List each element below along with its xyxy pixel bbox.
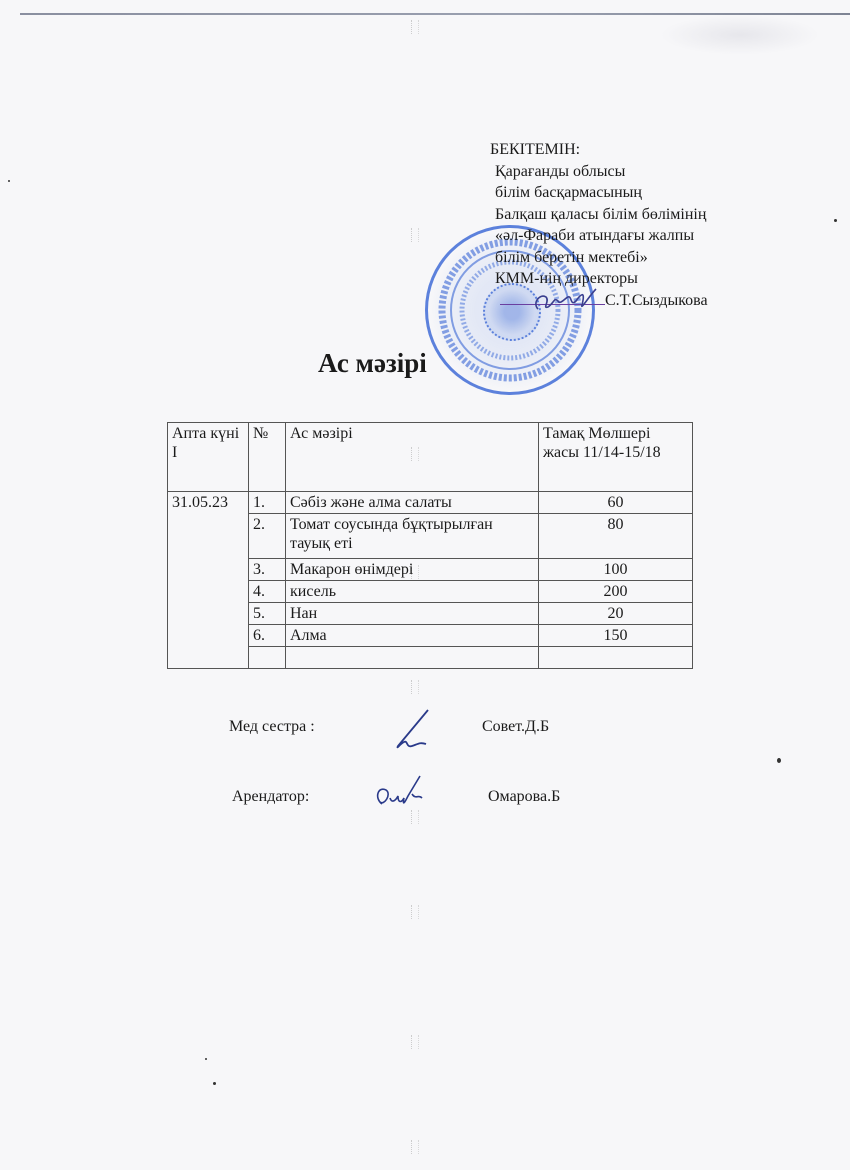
tenant-signature bbox=[372, 774, 432, 814]
header-dish: Ас мәзірі bbox=[286, 423, 539, 492]
row-qty bbox=[539, 647, 693, 669]
ink-speck bbox=[213, 1082, 216, 1085]
table-row: 31.05.23 1. Сәбіз және алма салаты 60 bbox=[168, 492, 693, 514]
scan-shadow bbox=[660, 15, 820, 55]
row-num: 2. bbox=[249, 514, 286, 559]
approval-line: білім басқармасының bbox=[495, 182, 708, 204]
header-day: Апта күні І bbox=[168, 423, 249, 492]
row-qty: 60 bbox=[539, 492, 693, 514]
ink-speck bbox=[205, 1058, 207, 1060]
row-qty: 20 bbox=[539, 603, 693, 625]
signatory-name: С.Т.Сыздыкова bbox=[605, 292, 708, 309]
row-num: 4. bbox=[249, 581, 286, 603]
fold-mark bbox=[411, 1140, 419, 1154]
tenant-name: Омарова.Б bbox=[488, 788, 560, 806]
ink-speck bbox=[834, 219, 837, 222]
header-num: № bbox=[249, 423, 286, 492]
fold-mark bbox=[411, 228, 419, 242]
row-dish: Томат соусында бұқтырылған тауық еті bbox=[286, 514, 539, 559]
row-num: 6. bbox=[249, 625, 286, 647]
tenant-label: Арендатор: bbox=[232, 788, 309, 806]
row-num bbox=[249, 647, 286, 669]
approval-heading: БЕКІТЕМІН: bbox=[490, 139, 708, 161]
date-cell: 31.05.23 bbox=[168, 492, 249, 669]
row-dish: Нан bbox=[286, 603, 539, 625]
nurse-signature bbox=[390, 706, 438, 754]
row-dish: Сәбіз және алма салаты bbox=[286, 492, 539, 514]
approval-line: Қарағанды облысы bbox=[495, 161, 708, 183]
nurse-label: Мед сестра : bbox=[229, 718, 315, 736]
approval-line: білім беретін мектебі» bbox=[495, 247, 708, 269]
fold-mark bbox=[411, 680, 419, 694]
row-qty: 100 bbox=[539, 559, 693, 581]
ink-speck bbox=[777, 758, 781, 763]
header-qty: Тамақ Мөлшері жасы 11/14-15/18 bbox=[539, 423, 693, 492]
nurse-name: Совет.Д.Б bbox=[482, 718, 549, 736]
director-signature bbox=[530, 285, 600, 315]
menu-table: Апта күні І № Ас мәзірі Тамақ Мөлшері жа… bbox=[167, 422, 693, 669]
row-num: 5. bbox=[249, 603, 286, 625]
ink-speck bbox=[8, 180, 10, 182]
table-header-row: Апта күні І № Ас мәзірі Тамақ Мөлшері жа… bbox=[168, 423, 693, 492]
row-qty: 150 bbox=[539, 625, 693, 647]
row-dish: кисель bbox=[286, 581, 539, 603]
approval-line: «әл-Фараби атындағы жалпы bbox=[495, 225, 708, 247]
approval-line: КММ-нің директоры bbox=[495, 268, 708, 290]
row-dish bbox=[286, 647, 539, 669]
row-dish: Алма bbox=[286, 625, 539, 647]
row-num: 1. bbox=[249, 492, 286, 514]
approval-line: Балқаш қаласы білім бөлімінің bbox=[495, 204, 708, 226]
fold-mark bbox=[411, 20, 419, 34]
fold-mark bbox=[411, 1035, 419, 1049]
signatory-line: С.Т.Сыздыкова bbox=[495, 290, 708, 312]
row-qty: 200 bbox=[539, 581, 693, 603]
row-qty: 80 bbox=[539, 514, 693, 559]
row-dish: Макарон өнімдері bbox=[286, 559, 539, 581]
fold-mark bbox=[411, 905, 419, 919]
page-title: Ас мәзірі bbox=[318, 348, 427, 379]
row-num: 3. bbox=[249, 559, 286, 581]
